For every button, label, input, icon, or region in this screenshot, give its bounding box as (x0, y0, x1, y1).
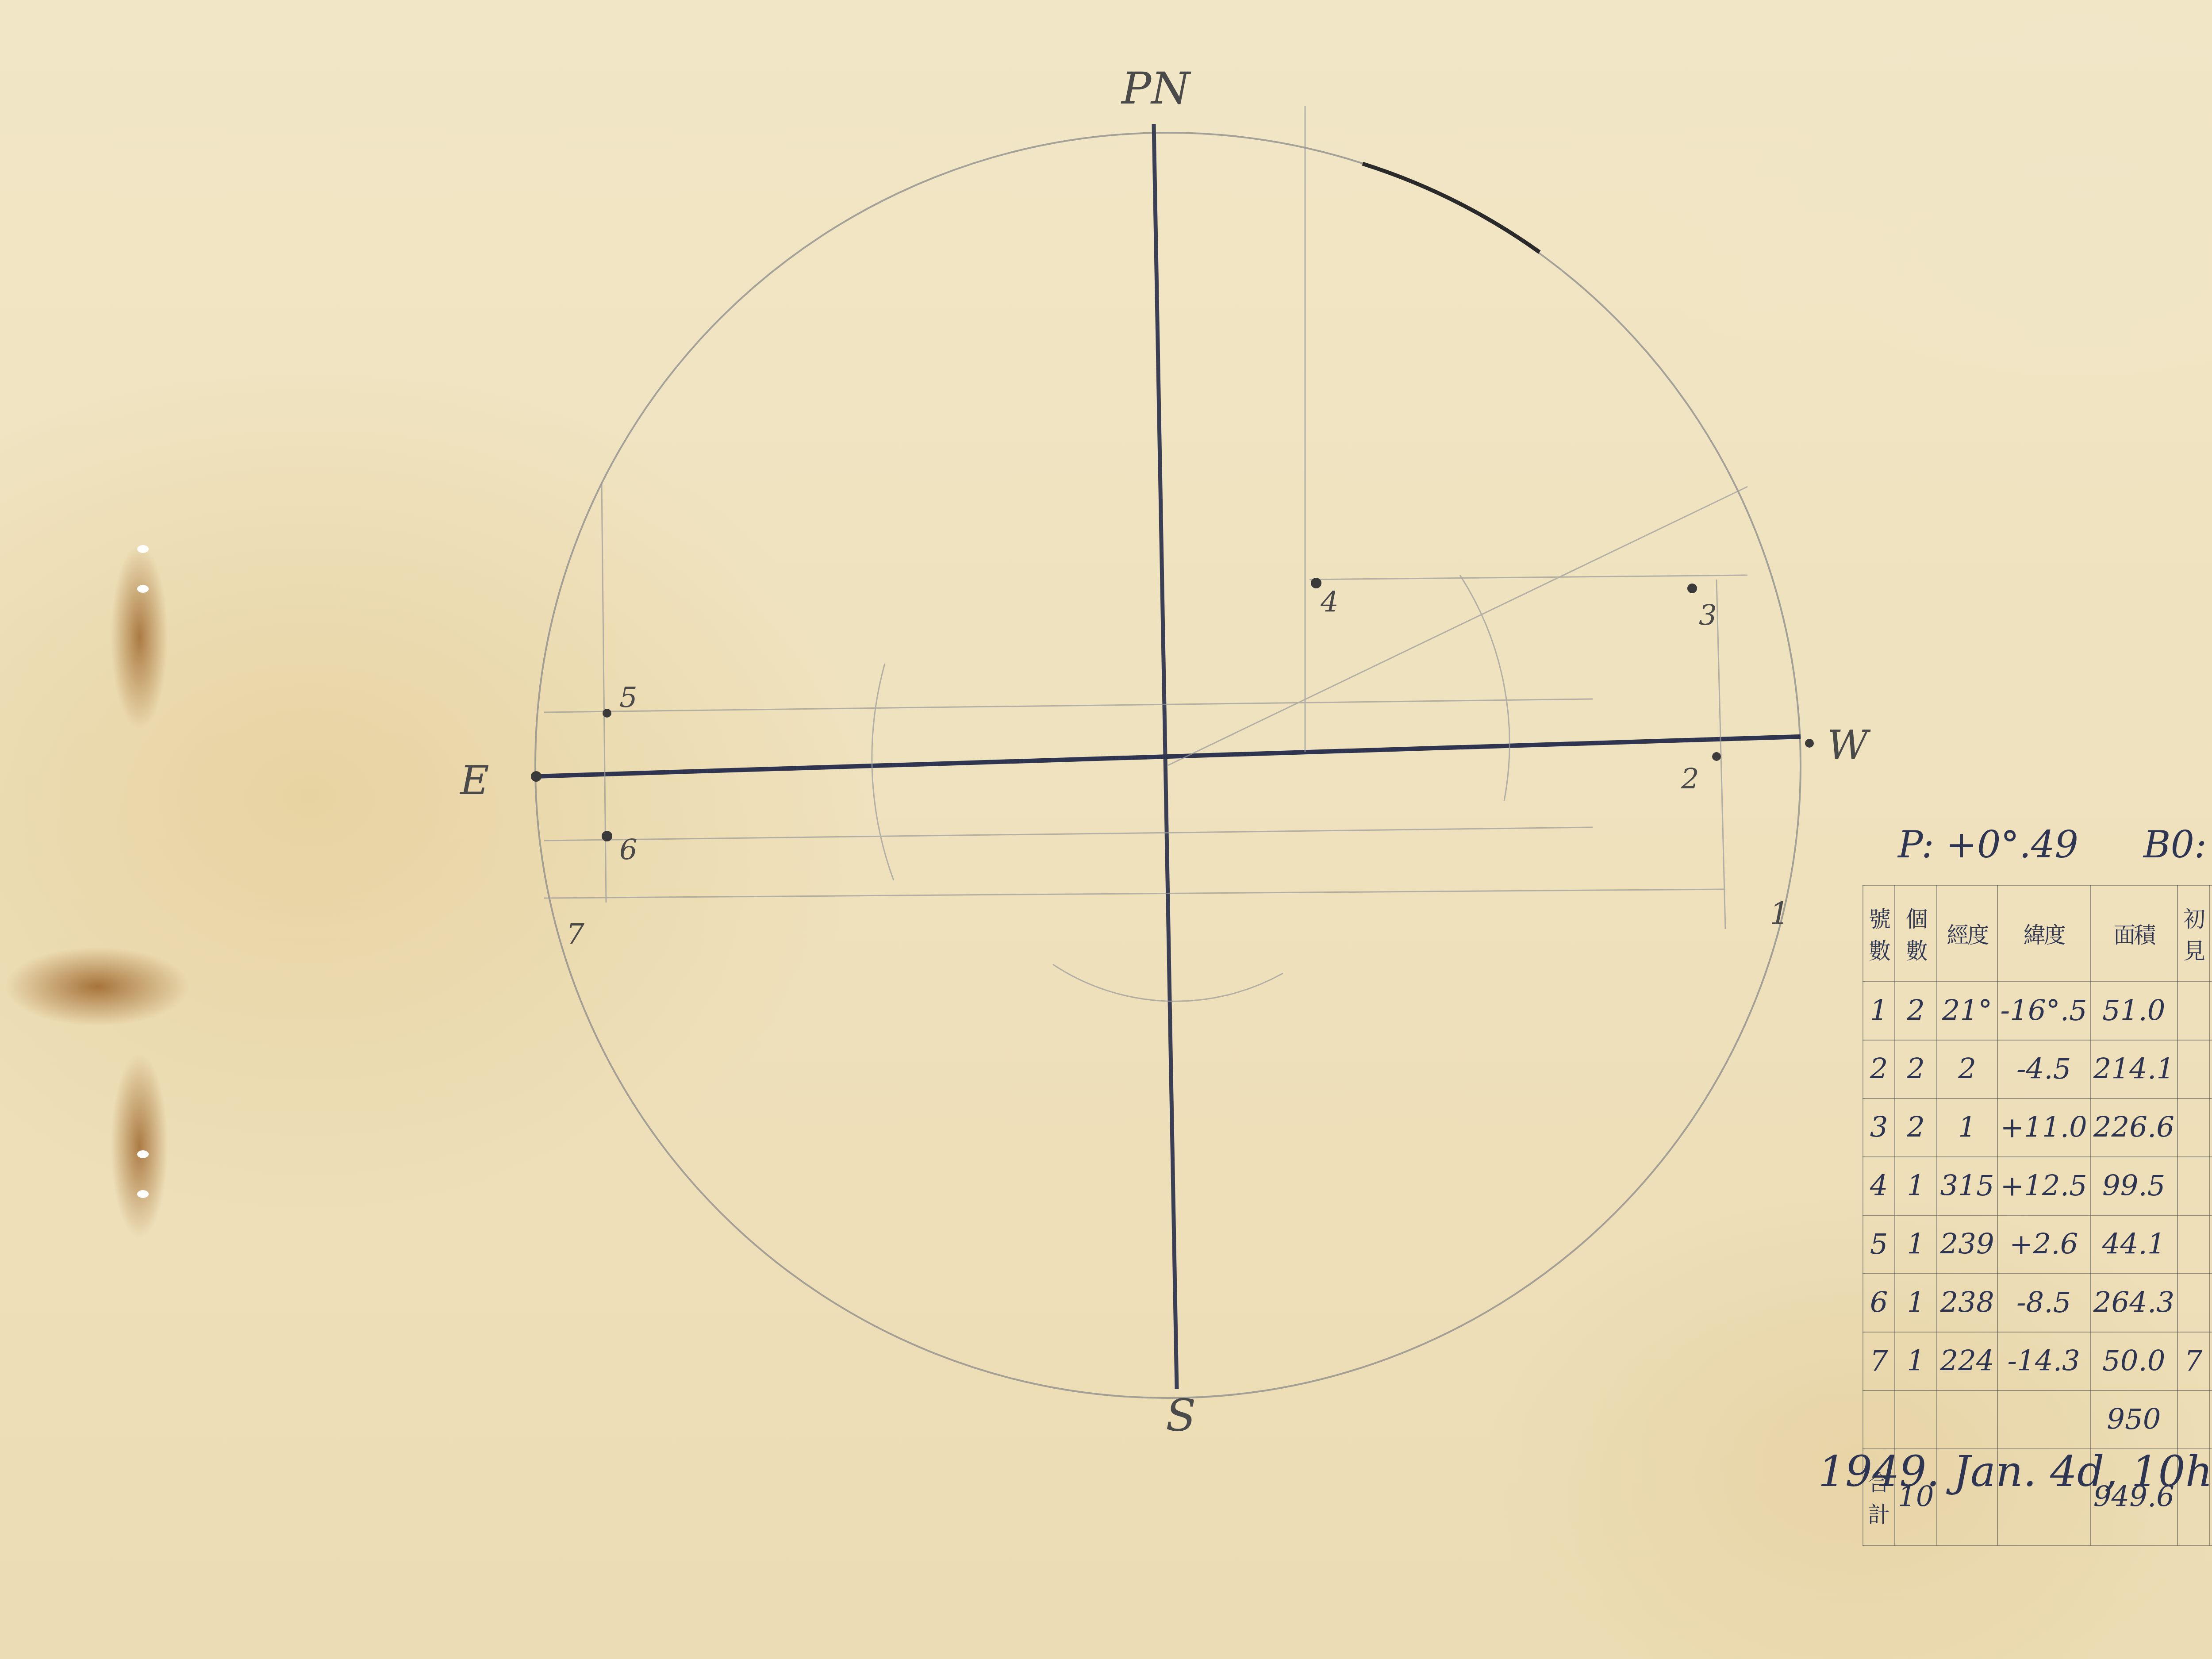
spot-label-6: 6 (619, 836, 637, 864)
table-row: 1221°-16°.551.01 (1863, 982, 2212, 1040)
table-row: 41315+12.599.5 (1863, 1157, 2212, 1215)
spot-3-dot (1687, 584, 1697, 593)
table-header-row: 號數 個數 經度 緯度 面積 初見 過中經 末見 (1863, 885, 2212, 982)
col-first-seen: 初見 (2177, 885, 2209, 982)
north-pole-label: PN (1121, 66, 1190, 111)
col-central-meridian: 過中經 (2209, 885, 2212, 982)
spot-label-5: 5 (619, 684, 637, 712)
col-longitude: 經度 (1937, 885, 1997, 982)
table-row: 71224-14.350.07 (1863, 1332, 2212, 1390)
col-count: 個數 (1895, 885, 1937, 982)
spot-4-dot (1311, 578, 1321, 588)
south-label: S (1166, 1394, 1196, 1438)
table-row: 321+11.0226.6 (1863, 1098, 2212, 1157)
east-west-axis (535, 737, 1801, 776)
limb-arc-mark (1363, 164, 1540, 252)
table-row: 51239+2.644.1 (1863, 1215, 2212, 1274)
spot-label-3: 3 (1699, 602, 1717, 630)
table-row-subtotal: 950 (1863, 1390, 2212, 1449)
observation-date: 1949. Jan. 4d, 10h (1818, 1447, 2212, 1496)
spot-label-4: 4 (1321, 588, 1339, 617)
solar-parameters: P: +0°.49 B0: -3°.47 L0: 301.41 (1898, 823, 2212, 866)
spot-6-dot (602, 831, 612, 841)
east-label: E (460, 761, 489, 801)
spot-2-dot (1712, 752, 1721, 761)
heliographic-latitude-b0: B0: -3°.47 (2143, 823, 2212, 866)
col-latitude: 緯度 (1997, 885, 2090, 982)
spot-label-2: 2 (1681, 765, 1699, 794)
col-area: 面積 (2090, 885, 2177, 982)
position-angle-p: P: +0°.49 (1898, 823, 2078, 866)
spot-5-dot (603, 709, 611, 718)
table-row: 222-4.5214.1 (1863, 1040, 2212, 1098)
col-number: 號數 (1863, 885, 1895, 982)
spot-label-1: 1 (1770, 898, 1790, 929)
west-limb-dot (1805, 739, 1814, 748)
table-row: 61238-8.5264.3 (1863, 1274, 2212, 1332)
spot-label-7: 7 (566, 920, 584, 949)
east-limb-dot (531, 771, 541, 782)
west-label: W (1827, 726, 1868, 765)
